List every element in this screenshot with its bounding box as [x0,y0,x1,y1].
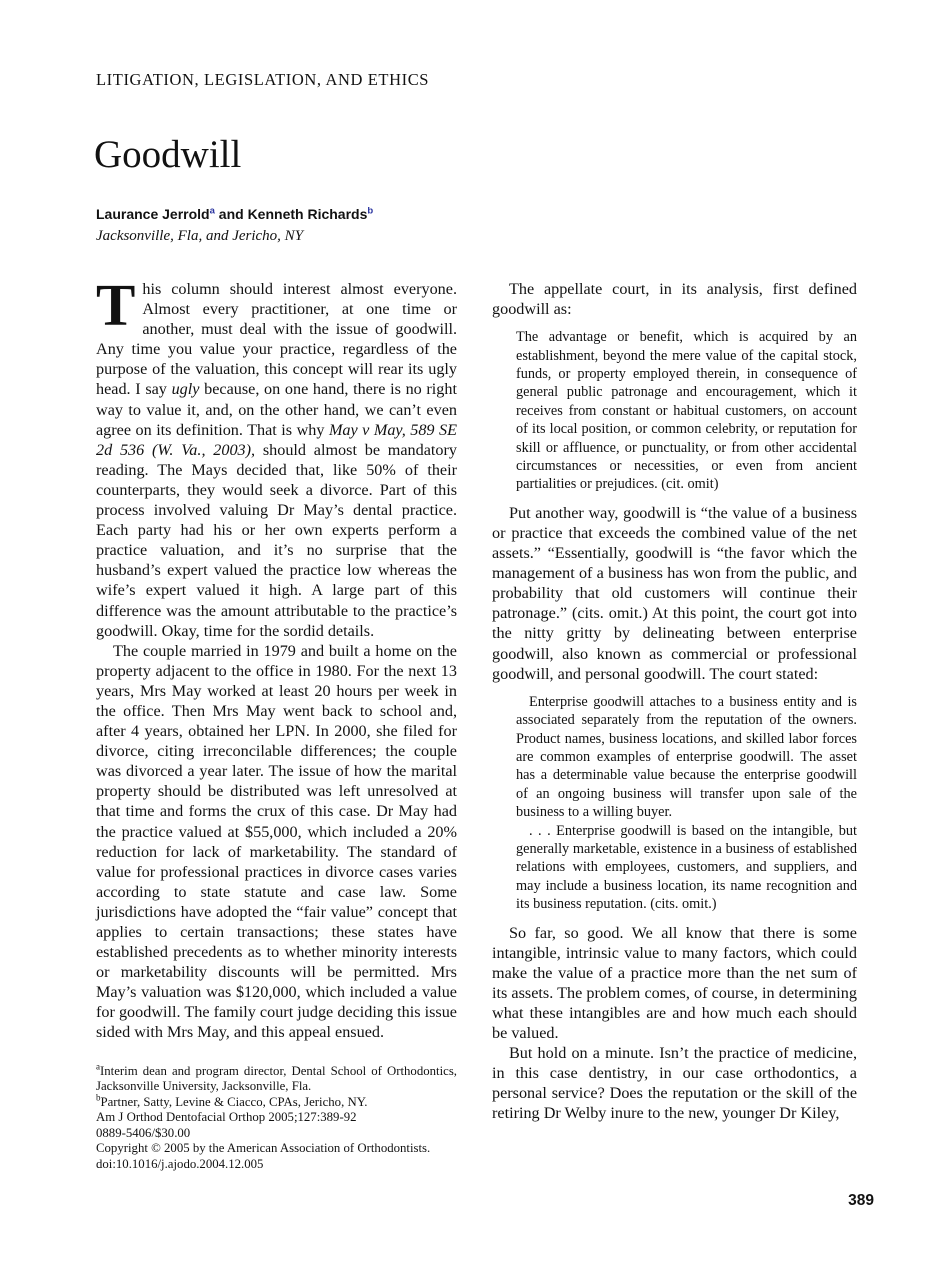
paragraph-intro-case-text: his column should interest almost everyo… [96,280,457,640]
blockquote-goodwill-definition-text: The advantage or benefit, which is acqui… [516,328,857,494]
paragraph-put-another-way: Put another way, goodwill is “the value … [492,503,857,684]
footnote-doi: doi:10.1016/j.ajodo.2004.12.005 [96,1157,457,1173]
footnotes-block: aInterim dean and program director, Dent… [96,1064,457,1173]
blockquote-goodwill-definition: The advantage or benefit, which is acqui… [516,328,857,494]
blockquote-enterprise-goodwill: Enterprise goodwill attaches to a busine… [516,693,857,914]
footnote-author-b: bPartner, Satty, Levine & Ciacco, CPAs, … [96,1095,457,1111]
paragraph-so-far-so-good: So far, so good. We all know that there … [492,923,857,1044]
paragraph-intro-case: This column should interest almost every… [96,279,457,641]
drop-cap: T [96,279,142,329]
right-column: The appellate court, in its analysis, fi… [492,279,857,1124]
paragraph-case-facts: The couple married in 1979 and built a h… [96,641,457,1043]
affiliation-line: Jacksonville, Fla, and Jericho, NY [96,228,303,245]
footnote-copyright: Copyright © 2005 by the American Associa… [96,1141,457,1157]
blockquote-enterprise-goodwill-para1: Enterprise goodwill attaches to a busine… [516,693,857,822]
footnote-issn-price: 0889-5406/$30.00 [96,1126,457,1142]
footnote-author-a: aInterim dean and program director, Dent… [96,1064,457,1095]
left-column: This column should interest almost every… [96,279,457,1172]
page-number: 389 [848,1192,874,1210]
authors-line: Laurance Jerrolda and Kenneth Richardsb [96,206,373,222]
journal-page: LITIGATION, LEGISLATION, AND ETHICS Good… [0,0,950,1272]
blockquote-enterprise-goodwill-para2: . . . Enterprise goodwill is based on th… [516,822,857,914]
article-title: Goodwill [94,134,241,176]
section-label: LITIGATION, LEGISLATION, AND ETHICS [96,70,429,90]
paragraph-but-hold-on: But hold on a minute. Isn’t the practice… [492,1043,857,1123]
paragraph-appellate-intro: The appellate court, in its analysis, fi… [492,279,857,319]
footnote-citation: Am J Orthod Dentofacial Orthop 2005;127:… [96,1110,457,1126]
